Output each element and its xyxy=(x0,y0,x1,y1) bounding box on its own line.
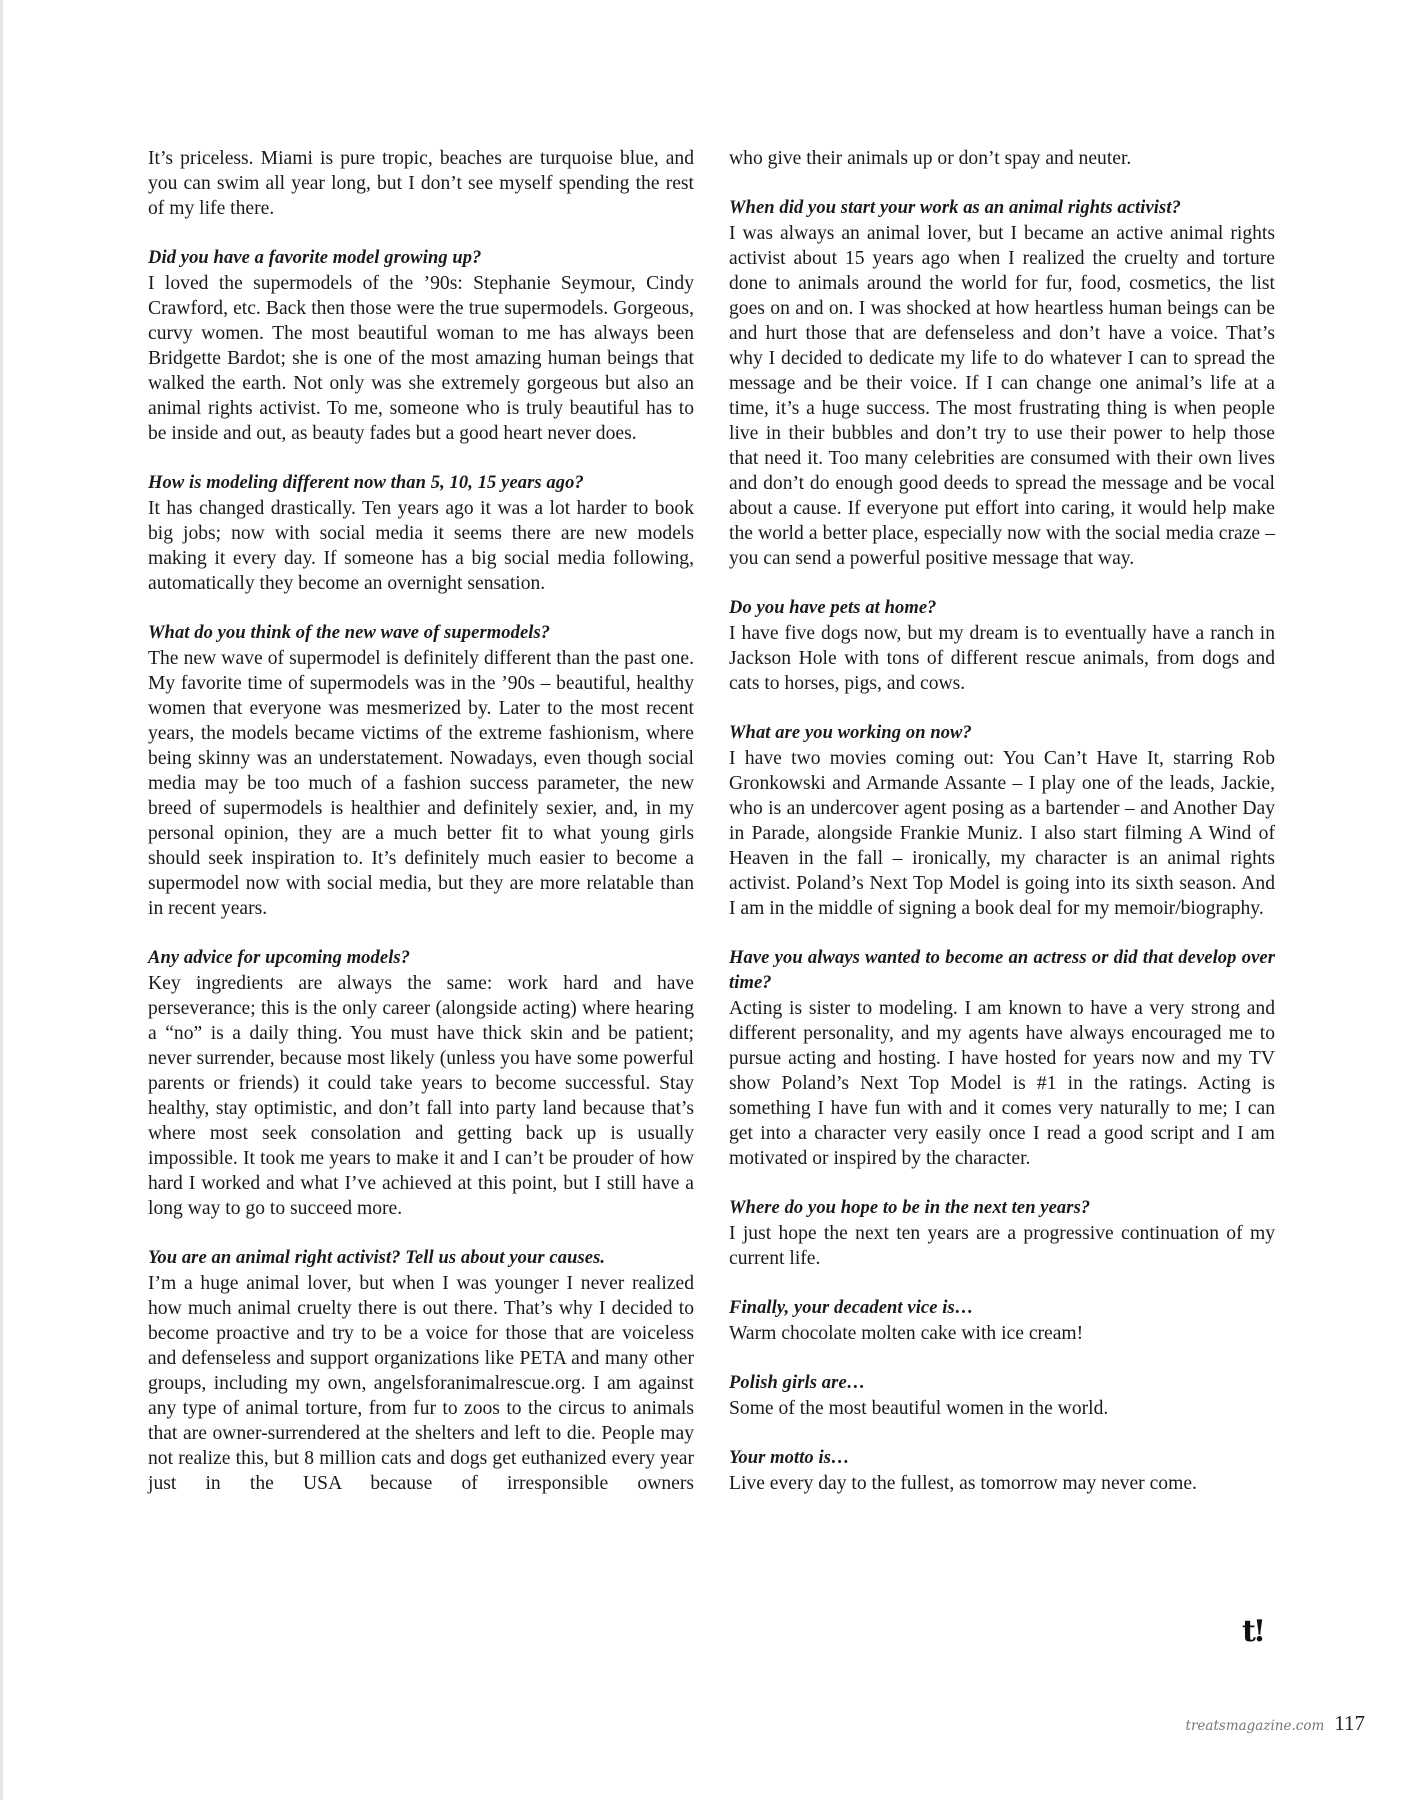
question: Your motto is… xyxy=(729,1446,1275,1471)
qa-block: When did you start your work as an anima… xyxy=(729,196,1275,571)
qa-block: Polish girls are… Some of the most beaut… xyxy=(729,1371,1275,1421)
answer: Key ingredients are always the same: wor… xyxy=(148,971,694,1221)
question: Any advice for upcoming models? xyxy=(148,946,694,971)
question: Do you have pets at home? xyxy=(729,596,1275,621)
treats-logo-end-mark: t! xyxy=(1242,1617,1263,1647)
continuation-paragraph: who give their animals up or don’t spay … xyxy=(729,146,1275,171)
question: What do you think of the new wave of sup… xyxy=(148,621,694,646)
intro-text: It’s priceless. Miami is pure tropic, be… xyxy=(148,146,694,221)
footer-site-url: treatsmagazine.com xyxy=(1186,1718,1325,1734)
qa-block: Do you have pets at home? I have five do… xyxy=(729,596,1275,696)
qa-block: Did you have a favorite model growing up… xyxy=(148,246,694,446)
qa-block: Any advice for upcoming models? Key ingr… xyxy=(148,946,694,1221)
page-edge xyxy=(0,0,3,1800)
page-footer: treatsmagazine.com 117 xyxy=(1160,1711,1365,1736)
question: What are you working on now? xyxy=(729,721,1275,746)
left-column: It’s priceless. Miami is pure tropic, be… xyxy=(148,146,694,1521)
question: How is modeling different now than 5, 10… xyxy=(148,471,694,496)
qa-block: Where do you hope to be in the next ten … xyxy=(729,1196,1275,1271)
answer: I have two movies coming out: You Can’t … xyxy=(729,746,1275,921)
answer: I just hope the next ten years are a pro… xyxy=(729,1221,1275,1271)
right-column: who give their animals up or don’t spay … xyxy=(729,146,1275,1521)
qa-block: What are you working on now? I have two … xyxy=(729,721,1275,921)
intro-paragraph: It’s priceless. Miami is pure tropic, be… xyxy=(148,146,694,221)
question: You are an animal right activist? Tell u… xyxy=(148,1246,694,1271)
qa-block: What do you think of the new wave of sup… xyxy=(148,621,694,921)
qa-block: How is modeling different now than 5, 10… xyxy=(148,471,694,596)
qa-block: Finally, your decadent vice is… Warm cho… xyxy=(729,1296,1275,1346)
question: When did you start your work as an anima… xyxy=(729,196,1275,221)
answer: I’m a huge animal lover, but when I was … xyxy=(148,1271,694,1496)
question: Where do you hope to be in the next ten … xyxy=(729,1196,1275,1221)
qa-block: Your motto is… Live every day to the ful… xyxy=(729,1446,1275,1496)
answer: I have five dogs now, but my dream is to… xyxy=(729,621,1275,696)
answer: Some of the most beautiful women in the … xyxy=(729,1396,1275,1421)
answer: It has changed drastically. Ten years ag… xyxy=(148,496,694,596)
page-number: 117 xyxy=(1334,1711,1365,1735)
answer: I was always an animal lover, but I beca… xyxy=(729,221,1275,571)
continuation-text: who give their animals up or don’t spay … xyxy=(729,146,1275,171)
answer: Warm chocolate molten cake with ice crea… xyxy=(729,1321,1275,1346)
qa-block: You are an animal right activist? Tell u… xyxy=(148,1246,694,1496)
answer: The new wave of supermodel is definitely… xyxy=(148,646,694,921)
answer: Acting is sister to modeling. I am known… xyxy=(729,996,1275,1171)
question: Finally, your decadent vice is… xyxy=(729,1296,1275,1321)
answer: I loved the supermodels of the ’90s: Ste… xyxy=(148,271,694,446)
answer: Live every day to the fullest, as tomorr… xyxy=(729,1471,1275,1496)
qa-block: Have you always wanted to become an actr… xyxy=(729,946,1275,1171)
question: Did you have a favorite model growing up… xyxy=(148,246,694,271)
question: Polish girls are… xyxy=(729,1371,1275,1396)
question: Have you always wanted to become an actr… xyxy=(729,946,1275,996)
